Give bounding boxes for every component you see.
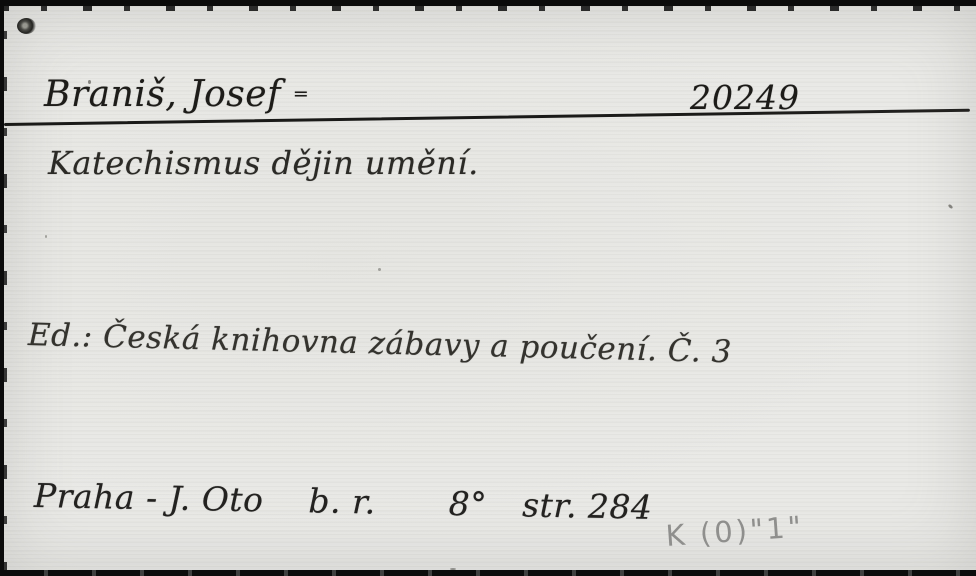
pencil-shelfmark-note: K (0)"1" <box>665 509 805 553</box>
author-name: Braniš, Josef <box>44 74 281 115</box>
imprint-pages: str. 284 <box>522 485 653 526</box>
scan-edge-bottom <box>0 570 976 576</box>
paper-speck <box>45 235 47 238</box>
scanned-catalog-card: Braniš, Josef= 20249 Katechismus dějin u… <box>0 0 976 576</box>
imprint-line: Praha - J. Oto b. r. 8° str. 284 <box>34 476 653 527</box>
scan-edge-top <box>0 0 976 6</box>
catalog-card-paper: Braniš, Josef= 20249 Katechismus dějin u… <box>4 6 976 571</box>
author-end-mark: = <box>293 83 310 105</box>
imprint-year: b. r. <box>308 481 376 521</box>
hole-punch-mark <box>17 18 36 34</box>
imprint-place-publisher: Praha - J. Oto <box>34 476 264 519</box>
paper-speck <box>378 268 381 271</box>
series-note-line: Ed.: Česká knihovna zábavy a poučení. Č.… <box>28 317 733 370</box>
imprint-format: 8° <box>448 484 487 524</box>
paper-speck <box>948 204 954 210</box>
title-line: Katechismus dějin umění. <box>48 144 479 182</box>
paper-speck <box>88 80 91 84</box>
scan-edge-left <box>0 0 4 576</box>
author-heading: Braniš, Josef= <box>44 74 310 115</box>
